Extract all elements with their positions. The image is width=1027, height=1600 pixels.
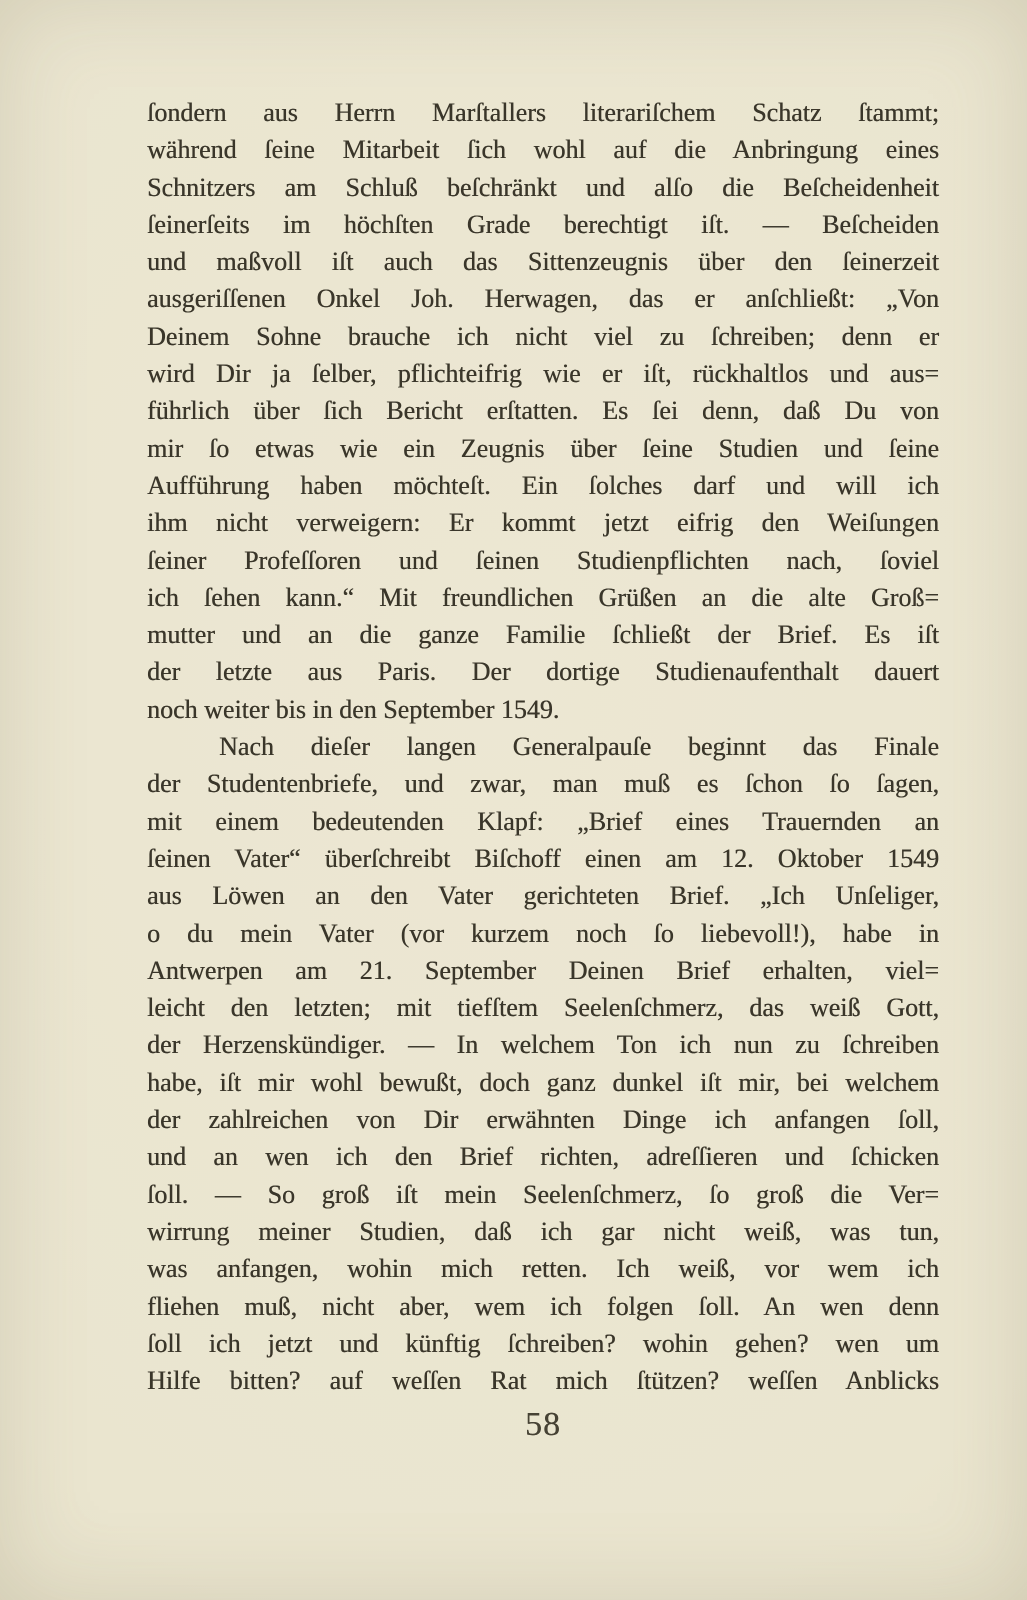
text-line: ich ſehen kann.“ Mit freundlichen Grüßen… [147,579,939,616]
text-line: ausgeriſſenen Onkel Joh. Herwagen, das e… [147,280,939,317]
text-line: habe, iſt mir wohl bewußt, doch ganz dun… [147,1064,939,1101]
text-line: und maßvoll iſt auch das Sittenzeugnis ü… [147,243,939,280]
text-line: noch weiter bis in den September 1549. [147,691,939,728]
text-line: ſondern aus Herrn Marſtallers literariſc… [147,94,939,131]
text-line: ſoll ich jetzt und künftig ſchreiben? wo… [147,1325,939,1362]
text-line: ihm nicht verweigern: Er kommt jetzt eif… [147,504,939,541]
text-line: ſeinerſeits im höchſten Grade berechtigt… [147,206,939,243]
text-line: der Herzenskündiger. — In welchem Ton ic… [147,1026,939,1063]
text-line: Nach dieſer langen Generalpauſe beginnt … [147,728,939,765]
text-line: was anfangen, wohin mich retten. Ich wei… [147,1250,939,1287]
text-line: wird Dir ja ſelber, pflichteifrig wie er… [147,355,939,392]
body-text: ſondern aus Herrn Marſtallers literariſc… [147,94,939,1399]
text-line: Antwerpen am 21. September Deinen Brief … [147,952,939,989]
text-line: Schnitzers am Schluß beſchränkt und alſo… [147,169,939,206]
text-line: der Studentenbriefe, und zwar, man muß e… [147,765,939,802]
page-number: 58 [147,1406,939,1444]
text-line: Deinem Sohne brauche ich nicht viel zu ſ… [147,318,939,355]
text-line: der letzte aus Paris. Der dortige Studie… [147,653,939,690]
text-line: mutter und an die ganze Familie ſchließt… [147,616,939,653]
text-line: leicht den letzten; mit tiefſtem Seelenſ… [147,989,939,1026]
text-line: ſoll. — So groß iſt mein Seelenſchmerz, … [147,1176,939,1213]
text-line: aus Löwen an den Vater gerichteten Brief… [147,877,939,914]
text-line: mir ſo etwas wie ein Zeugnis über ſeine … [147,430,939,467]
text-line: der zahlreichen von Dir erwähnten Dinge … [147,1101,939,1138]
text-line: ſeiner Profeſſoren und ſeinen Studienpfl… [147,542,939,579]
text-line: und an wen ich den Brief richten, adreſſ… [147,1138,939,1175]
text-line: während ſeine Mitarbeit ſich wohl auf di… [147,131,939,168]
text-line: wirrung meiner Studien, daß ich gar nich… [147,1213,939,1250]
text-line: fliehen muß, nicht aber, wem ich folgen … [147,1288,939,1325]
text-line: mit einem bedeutenden Klapf: „Brief eine… [147,803,939,840]
text-line: ſeinen Vater“ überſchreibt Biſchoff eine… [147,840,939,877]
text-line: Hilfe bitten? auf weſſen Rat mich ſtütze… [147,1362,939,1399]
text-line: führlich über ſich Bericht erſtatten. Es… [147,392,939,429]
book-page: ſondern aus Herrn Marſtallers literariſc… [0,0,1027,1600]
text-line: o du mein Vater (vor kurzem noch ſo lieb… [147,915,939,952]
text-line: Aufführung haben möchteſt. Ein ſolches d… [147,467,939,504]
